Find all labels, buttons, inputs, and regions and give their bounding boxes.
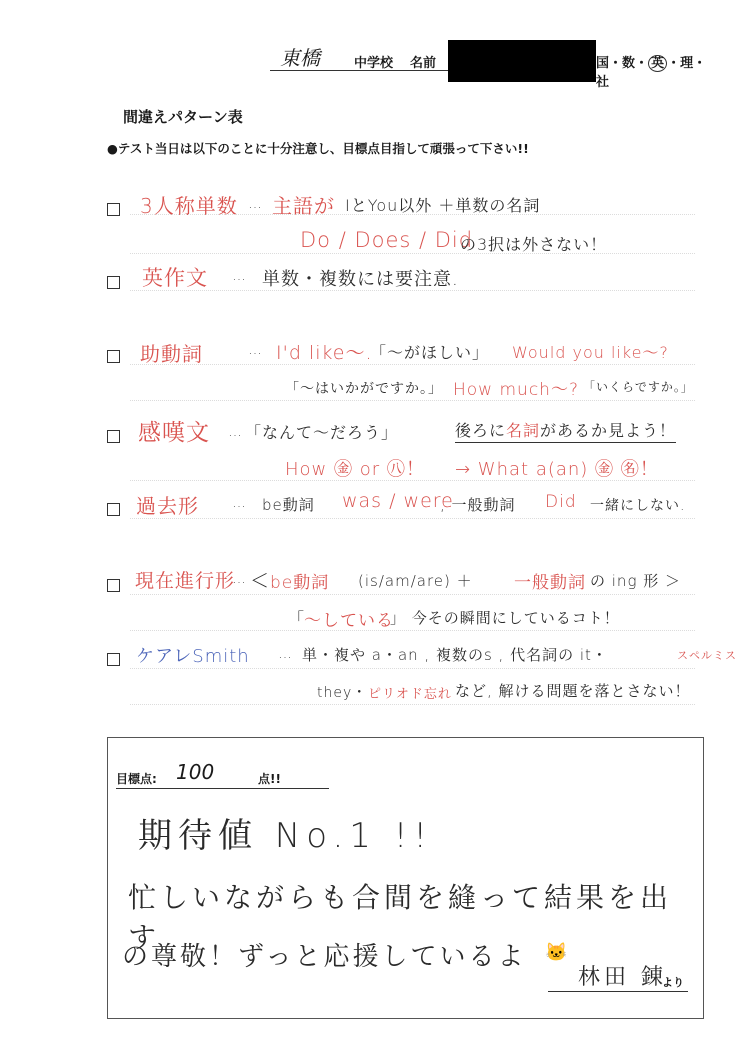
subject-english-selected: 英 <box>648 55 667 72</box>
school-name-handwritten: 東橋 <box>280 42 320 71</box>
page-title: 間違えパターン表 <box>123 106 243 127</box>
note-red: Would you like～? <box>512 340 669 363</box>
note-text: (is/am/are) ＋ <box>358 570 473 591</box>
note-text: be動詞 <box>262 494 315 515</box>
signature-suffix: より <box>662 974 684 990</box>
checkbox-item-1[interactable] <box>107 203 120 216</box>
target-score-label: 目標点: <box>116 770 157 787</box>
hint-text: があるか見よう！ <box>540 421 676 440</box>
note-red: How much～? <box>453 375 579 400</box>
note-red: Did <box>545 492 577 512</box>
note-red: I'd like～. <box>276 338 373 365</box>
subject-list: 国・数・英・理・社 <box>596 52 710 90</box>
note-text: IとYou以外 ＋単数の名詞 <box>345 193 540 216</box>
note-text: 単数・複数には要注意. <box>262 265 459 291</box>
instructions: ●テスト当日は以下のことに十分注意し、目標点目指して頑張って下さい!! <box>107 139 529 157</box>
note-hint: 後ろに名詞があるか見よう！ <box>455 418 676 443</box>
ellipsis: … <box>248 196 263 212</box>
note-text: 」 今その瞬間にしているコト！ <box>390 607 620 628</box>
signature-name: 林田 錬 <box>578 960 667 991</box>
target-score-unit: 点!! <box>258 770 281 787</box>
note-text: they・ <box>317 682 367 702</box>
checkbox-item-3[interactable] <box>107 350 120 363</box>
ruled-line <box>130 518 695 519</box>
subject-social: 社 <box>596 75 609 90</box>
topic-label: 助動詞 <box>140 338 203 367</box>
checkbox-item-4[interactable] <box>107 430 120 443</box>
ellipsis: … <box>232 268 247 284</box>
note-text: 単・複や a・an , 複数のs , 代名詞の it・ <box>302 644 608 665</box>
checkbox-item-5[interactable] <box>107 503 120 516</box>
ruled-line <box>130 668 695 669</box>
note-red: was / were <box>342 490 454 512</box>
ellipsis: … <box>232 495 247 511</box>
checkbox-item-7[interactable] <box>107 653 120 666</box>
note-red: be動詞 <box>270 568 329 593</box>
hint-text: 後ろに <box>455 421 506 440</box>
note-text: 一緒にしない. <box>590 495 685 515</box>
hint-red: 名詞 <box>506 421 540 440</box>
name-label: 名前 <box>410 52 436 71</box>
ruled-line <box>130 630 695 631</box>
note-red: Do / Does / Did <box>300 228 473 252</box>
note-text: 「～はいかがですか。」 <box>285 378 443 398</box>
ruled-line <box>130 400 695 401</box>
note-red: ピリオド忘れ <box>368 683 452 702</box>
ellipsis: … <box>248 342 263 358</box>
checkbox-item-2[interactable] <box>107 276 120 289</box>
ruled-line <box>130 214 695 215</box>
ellipsis: … <box>278 646 293 662</box>
note-red: 一般動詞 <box>514 568 586 593</box>
target-message-box: 目標点: 100 点!! 期待値 No.1 !! 忙しいながらも合間を縫って結果… <box>107 737 704 1019</box>
school-label: 中学校 <box>354 52 393 71</box>
signature-underline <box>548 991 688 992</box>
topic-label: ケアレSmith <box>136 642 250 668</box>
topic-label: 感嘆文 <box>138 414 210 447</box>
cat-face-icon: 🐱 <box>545 942 567 963</box>
header: 東橋 中学校 名前 国・数・英・理・社 <box>270 40 710 76</box>
ruled-line <box>130 253 695 254</box>
ruled-line <box>130 290 695 291</box>
note-text: 「いくらですか。」 <box>583 378 694 395</box>
topic-label: 現在進行形 <box>135 566 235 593</box>
note-text: ＜ <box>250 566 270 593</box>
name-redacted-box <box>448 40 596 82</box>
ellipsis: … <box>228 424 243 440</box>
topic-label: 過去形 <box>136 490 199 519</box>
subject-math: 数 <box>622 56 635 71</box>
note-red: ～している <box>304 606 394 631</box>
note-text: 「～がほしい」 <box>370 340 489 363</box>
note-text: , 一般動詞 <box>440 494 516 515</box>
note-text: の3択は外さない！ <box>460 232 607 255</box>
checkbox-item-6[interactable] <box>107 579 120 592</box>
topic-label: 英作文 <box>142 262 208 292</box>
note-text: 「なんて～だろう」 <box>245 420 398 443</box>
subject-science: 理 <box>680 56 693 71</box>
target-score-value: 100 <box>176 760 214 784</box>
ellipsis: … <box>232 571 247 587</box>
ruled-line <box>130 364 695 365</box>
subject-japanese: 国 <box>596 56 609 71</box>
note-red: → What a(an) ㊎ ㊔！ <box>455 455 659 481</box>
note-red: How ㊎ or ㊇！ <box>285 455 425 481</box>
note-red: スペルミス <box>677 647 737 663</box>
ruled-line <box>130 704 695 705</box>
message-line-3: の尊敬！ずっと応援しているよ <box>122 936 526 973</box>
message-line-1: 期待値 No.1 !! <box>138 808 433 857</box>
ruled-line <box>130 594 695 595</box>
note-text: 「 <box>288 606 305 629</box>
note-text: など, 解ける問題を落とさない！ <box>455 680 691 701</box>
note-text: の ing 形 ＞ <box>590 570 681 591</box>
target-underline <box>116 788 329 789</box>
ruled-line <box>130 480 695 481</box>
